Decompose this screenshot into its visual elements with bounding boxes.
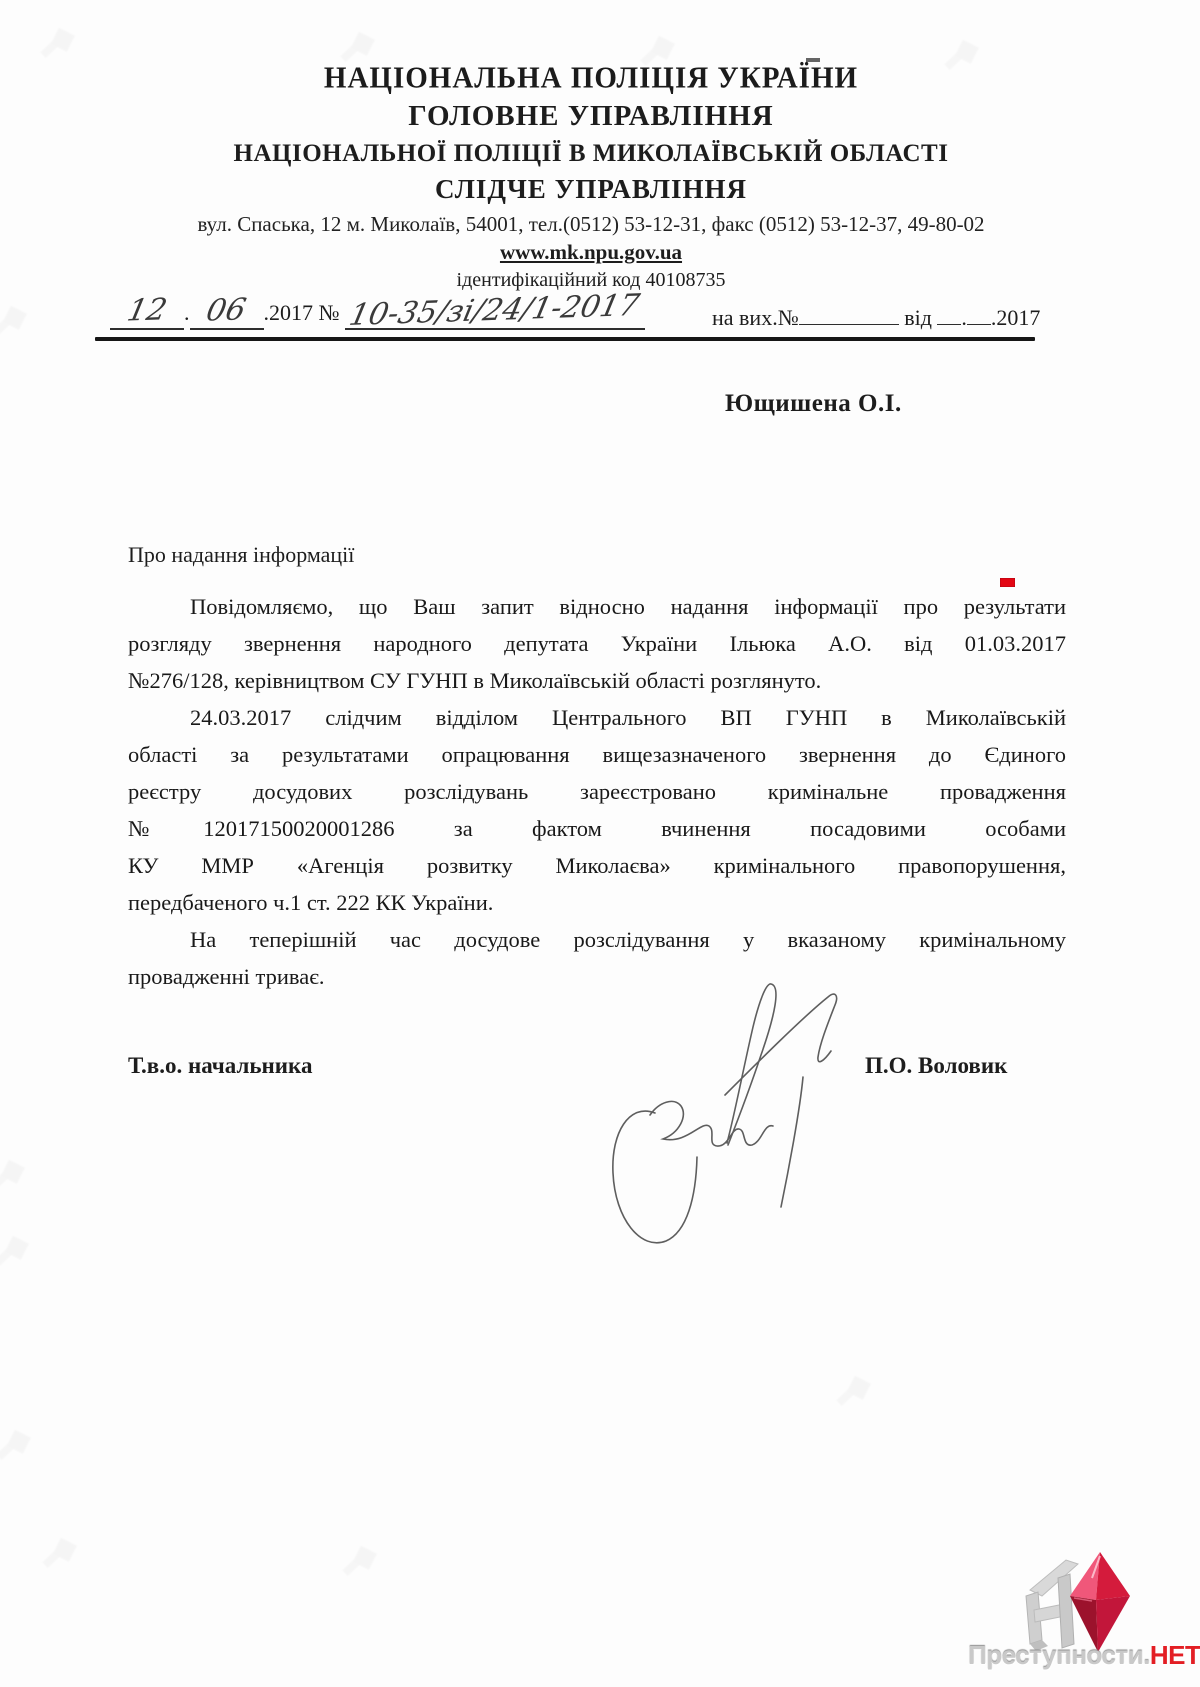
- watermark-ghost: [332, 1541, 392, 1589]
- watermark-ghost: [0, 1155, 40, 1203]
- incoming-day-blank: [937, 305, 961, 325]
- body-line: Повідомляємо, що Ваш запит відносно нада…: [128, 588, 1066, 625]
- reference-line: 12.06.2017 № 10-35/зі/24/1-2017 на вих.№…: [110, 293, 1090, 337]
- letterhead-divider-rule: [95, 337, 1035, 341]
- body-line: області за результатами опрацювання вище…: [128, 736, 1066, 773]
- site-name-gray: Преступности.: [968, 1640, 1150, 1670]
- incoming-number-blank: [799, 305, 899, 325]
- silver-h-glyph: [1026, 1560, 1078, 1651]
- scanned-letter-page: НАЦІОНАЛЬНА ПОЛІЦІЯ УКРАЇНИ ГОЛОВНЕ УПРА…: [0, 0, 1200, 1687]
- site-name: Преступности.НЕТ: [968, 1640, 1200, 1671]
- org-name-line4: СЛІДЧЕ УПРАВЛІННЯ: [0, 174, 1182, 205]
- letter-body: Повідомляємо, що Ваш запит відносно нада…: [128, 588, 1066, 995]
- body-line: розгляду звернення народного депутата Ук…: [128, 625, 1066, 662]
- red-highlight-mark: [1000, 578, 1015, 587]
- incoming-month-blank: [967, 305, 991, 325]
- outgoing-number-group: 12.06.2017 № 10-35/зі/24/1-2017: [110, 293, 645, 330]
- watermark-ghost: [0, 1231, 44, 1279]
- body-line: реєстру досудових розслідувань зареєстро…: [128, 773, 1066, 810]
- incoming-year: .2017: [991, 305, 1041, 330]
- body-line: 24.03.2017 слідчим відділом Центрального…: [128, 699, 1066, 736]
- signer-position-title: Т.в.о. начальника: [128, 1053, 312, 1079]
- body-line: №276/128, керівництвом СУ ГУНП в Миколаї…: [128, 662, 1066, 699]
- handwritten-day: 12: [124, 292, 170, 328]
- printed-year-and-number-sign: .2017 №: [264, 300, 340, 325]
- body-line: КУ ММР «Агенція розвитку Миколаєва» крим…: [128, 847, 1066, 884]
- addressee-name: Ющишена О.І.: [725, 390, 902, 418]
- signer-name: П.О. Воловик: [865, 1053, 1007, 1079]
- org-address: вул. Спаська, 12 м. Миколаїв, 54001, тел…: [0, 212, 1182, 237]
- watermark-ghost: [32, 1533, 92, 1581]
- body-line: №12017150020001286 за фактом вчинення по…: [128, 810, 1066, 847]
- handwritten-month: 06: [204, 292, 250, 328]
- org-name-line2: ГОЛОВНЕ УПРАВЛІННЯ: [0, 100, 1182, 133]
- org-id-code: ідентифікаційний код 40108735: [0, 269, 1182, 292]
- handwritten-signature: [575, 945, 855, 1265]
- subject-line: Про надання інформації: [128, 542, 354, 568]
- incoming-from-label: від: [904, 305, 932, 330]
- watermark-ghost: [0, 301, 42, 349]
- org-name-line1: НАЦІОНАЛЬНА ПОЛІЦІЯ УКРАЇНИ: [0, 61, 1182, 96]
- incoming-label: на вих.№: [712, 305, 799, 330]
- site-logo: Преступности.НЕТ: [968, 1548, 1200, 1680]
- org-website: www.mk.npu.gov.ua: [0, 240, 1182, 265]
- incoming-number-group: на вих.№ від ..2017: [712, 305, 1040, 331]
- watermark-ghost: [0, 1425, 46, 1473]
- red-gem: [1070, 1552, 1130, 1652]
- watermark-ghost: [826, 1371, 886, 1419]
- handwritten-outgoing-number: 10-35/зі/24/1-2017: [346, 288, 642, 333]
- body-line: передбаченого ч.1 ст. 222 КК України.: [128, 884, 1066, 921]
- org-name-line3: НАЦІОНАЛЬНОЇ ПОЛІЦІЇ В МИКОЛАЇВСЬКІЙ ОБЛ…: [0, 140, 1182, 168]
- letterhead: НАЦІОНАЛЬНА ПОЛІЦІЯ УКРАЇНИ ГОЛОВНЕ УПРА…: [0, 62, 1182, 292]
- site-name-red: НЕТ: [1150, 1640, 1200, 1670]
